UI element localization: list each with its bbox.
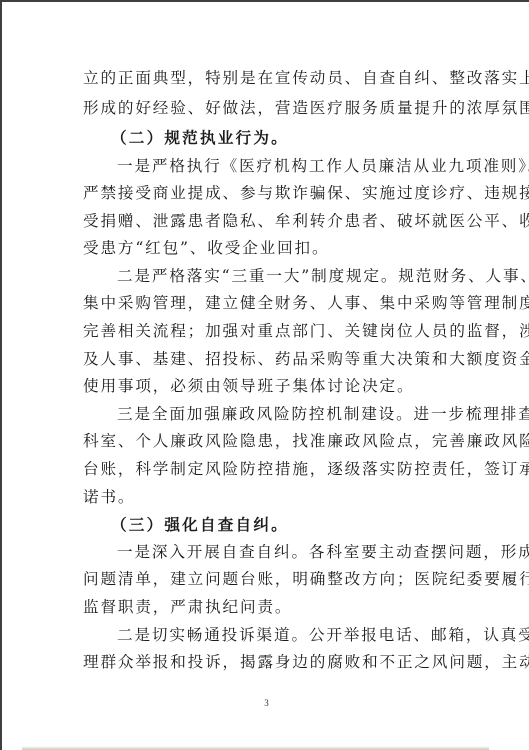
paragraph-line: 监督职责，严肃执纪问责。 — [83, 594, 455, 622]
paragraph-line: 二是严格落实“三重一大”制度规定。规范财务、人事、 — [83, 263, 455, 291]
paragraph-line: 问题清单，建立问题台账，明确整改方向；医院纪委要履行 — [83, 566, 455, 594]
scan-edge-shading — [22, 746, 489, 750]
paragraph-line: 完善相关流程；加强对重点部门、关键岗位人员的监督，涉 — [83, 318, 455, 346]
text-line: 立的正面典型，特别是在宣传动员、自查自纠、整改落实上 — [83, 64, 455, 94]
paragraph-line: 及人事、基建、招投标、药品采购等重大决策和大额度资金 — [83, 346, 455, 374]
paragraph-line: 一是深入开展自查自纠。各科室要主动查摆问题，形成 — [83, 539, 455, 567]
paragraph-line: 集中采购管理，建立健全财务、人事、集中采购等管理制度， — [83, 290, 455, 318]
section-heading-2: （二）规范执业行为。 — [83, 123, 455, 153]
paragraph-line: 受捐赠、泄露患者隐私、牟利转介患者、破坏就医公平、收 — [83, 208, 455, 236]
page-number: 3 — [2, 698, 529, 708]
paragraph-line: 一是严格执行《医疗机构工作人员廉洁从业九项准则》。 — [83, 153, 455, 181]
section-heading-3: （三）强化自查自纠。 — [83, 511, 455, 539]
document-page: 立的正面典型，特别是在宣传动员、自查自纠、整改落实上 形成的好经验、好做法，营造… — [0, 0, 529, 750]
text-line: 形成的好经验、好做法，营造医疗服务质量提升的浓厚氛围。 — [83, 94, 455, 124]
document-body: 立的正面典型，特别是在宣传动员、自查自纠、整改落实上 形成的好经验、好做法，营造… — [83, 64, 455, 677]
paragraph-line: 科室、个人廉政风险隐患，找准廉政风险点，完善廉政风险 — [83, 428, 455, 456]
paragraph-line: 使用事项，必须由领导班子集体讨论决定。 — [83, 373, 455, 401]
paragraph-line: 诺书。 — [83, 484, 455, 512]
paragraph-line: 理群众举报和投诉，揭露身边的腐败和不正之风问题，主动 — [83, 649, 455, 677]
paragraph-line: 台账，科学制定风险防控措施，逐级落实防控责任，签订承 — [83, 456, 455, 484]
paragraph-line: 严禁接受商业提成、参与欺诈骗保、实施过度诊疗、违规接 — [83, 180, 455, 208]
paragraph-line: 二是切实畅通投诉渠道。公开举报电话、邮箱，认真受 — [83, 622, 455, 650]
paragraph-line: 受患方“红包”、收受企业回扣。 — [83, 235, 455, 263]
paragraph-line: 三是全面加强廉政风险防控机制建设。进一步梳理排查 — [83, 401, 455, 429]
